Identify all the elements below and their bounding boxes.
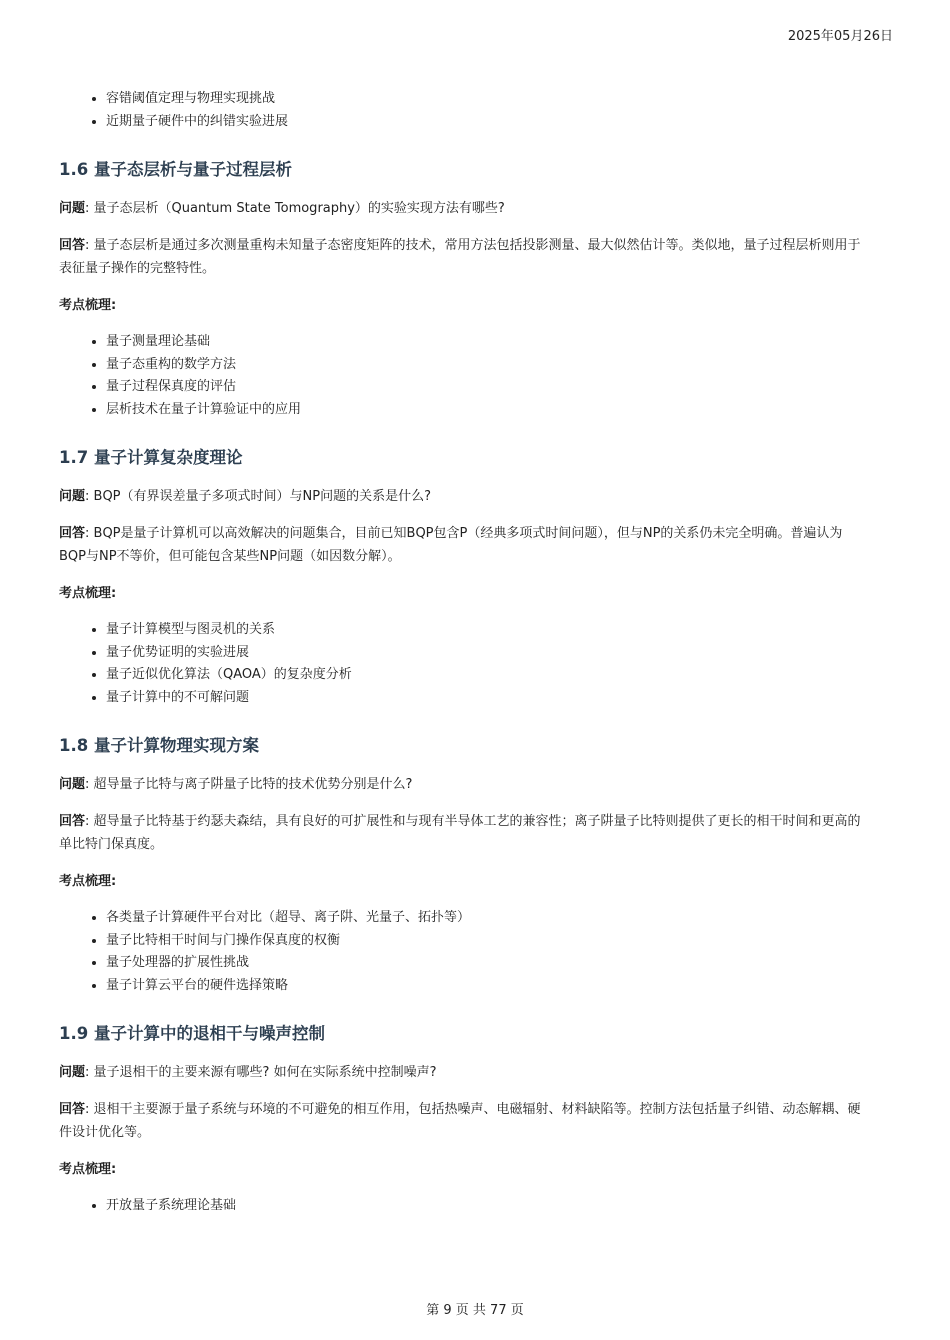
key-points-label: 考点梳理:	[59, 582, 869, 605]
key-points-list: 开放量子系统理论基础	[59, 1195, 869, 1218]
answer-text: BQP是量子计算机可以高效解决的问题集合，目前已知BQP包含P（经典多项式时间问…	[59, 526, 842, 564]
continued-key-points-list: 容错阈值定理与物理实现挑战 近期量子硬件中的纠错实验进展	[59, 88, 869, 133]
question-text: 量子态层析（Quantum State Tomography）的实验实现方法有哪…	[94, 201, 505, 216]
list-item: 近期量子硬件中的纠错实验进展	[106, 111, 869, 134]
answer-paragraph: 回答: 超导量子比特基于约瑟夫森结，具有良好的可扩展性和与现有半导体工艺的兼容性…	[59, 810, 869, 856]
answer-text: 退相干主要源于量子系统与环境的不可避免的相互作用，包括热噪声、电磁辐射、材料缺陷…	[59, 1102, 861, 1140]
question-paragraph: 问题: 量子退相干的主要来源有哪些? 如何在实际系统中控制噪声?	[59, 1061, 869, 1084]
section-1-9: 1.9 量子计算中的退相干与噪声控制 问题: 量子退相干的主要来源有哪些? 如何…	[59, 1023, 869, 1218]
section-heading: 1.6 量子态层析与量子过程层析	[59, 159, 869, 181]
section-heading: 1.8 量子计算物理实现方案	[59, 735, 869, 757]
list-item: 量子过程保真度的评估	[106, 376, 869, 399]
answer-label: 回答	[59, 526, 85, 541]
list-item: 各类量子计算硬件平台对比（超导、离子阱、光量子、拓扑等）	[106, 907, 869, 930]
question-text: BQP（有界误差量子多项式时间）与NP问题的关系是什么?	[94, 489, 431, 504]
list-item: 量子计算云平台的硬件选择策略	[106, 975, 869, 998]
key-points-label: 考点梳理:	[59, 1158, 869, 1181]
answer-text: 量子态层析是通过多次测量重构未知量子态密度矩阵的技术，常用方法包括投影测量、最大…	[59, 238, 861, 276]
answer-label: 回答	[59, 238, 85, 253]
question-text: 量子退相干的主要来源有哪些? 如何在实际系统中控制噪声?	[94, 1065, 437, 1080]
key-points-list: 量子测量理论基础 量子态重构的数学方法 量子过程保真度的评估 层析技术在量子计算…	[59, 331, 869, 421]
key-points-list: 量子计算模型与图灵机的关系 量子优势证明的实验进展 量子近似优化算法（QAOA）…	[59, 619, 869, 709]
question-text: 超导量子比特与离子阱量子比特的技术优势分别是什么?	[94, 777, 413, 792]
answer-text: 超导量子比特基于约瑟夫森结，具有良好的可扩展性和与现有半导体工艺的兼容性；离子阱…	[59, 814, 861, 852]
question-label: 问题	[59, 1065, 85, 1080]
section-1-8: 1.8 量子计算物理实现方案 问题: 超导量子比特与离子阱量子比特的技术优势分别…	[59, 735, 869, 997]
answer-paragraph: 回答: BQP是量子计算机可以高效解决的问题集合，目前已知BQP包含P（经典多项…	[59, 522, 869, 568]
list-item: 量子计算中的不可解问题	[106, 687, 869, 710]
answer-paragraph: 回答: 退相干主要源于量子系统与环境的不可避免的相互作用，包括热噪声、电磁辐射、…	[59, 1098, 869, 1144]
answer-label: 回答	[59, 814, 85, 829]
document-date: 2025年05月26日	[788, 25, 893, 44]
question-paragraph: 问题: 超导量子比特与离子阱量子比特的技术优势分别是什么?	[59, 773, 869, 796]
list-item: 量子态重构的数学方法	[106, 354, 869, 377]
question-paragraph: 问题: 量子态层析（Quantum State Tomography）的实验实现…	[59, 197, 869, 220]
key-points-label: 考点梳理:	[59, 870, 869, 893]
question-label: 问题	[59, 201, 85, 216]
key-points-label: 考点梳理:	[59, 294, 869, 317]
section-heading: 1.7 量子计算复杂度理论	[59, 447, 869, 469]
list-item: 量子优势证明的实验进展	[106, 642, 869, 665]
page-indicator: 第 9 页 共 77 页	[0, 1299, 950, 1318]
list-item: 层析技术在量子计算验证中的应用	[106, 399, 869, 422]
list-item: 量子处理器的扩展性挑战	[106, 952, 869, 975]
list-item: 量子计算模型与图灵机的关系	[106, 619, 869, 642]
list-item: 开放量子系统理论基础	[106, 1195, 869, 1218]
question-label: 问题	[59, 489, 85, 504]
question-paragraph: 问题: BQP（有界误差量子多项式时间）与NP问题的关系是什么?	[59, 485, 869, 508]
list-item: 容错阈值定理与物理实现挑战	[106, 88, 869, 111]
key-points-list: 各类量子计算硬件平台对比（超导、离子阱、光量子、拓扑等） 量子比特相干时间与门操…	[59, 907, 869, 997]
section-1-6: 1.6 量子态层析与量子过程层析 问题: 量子态层析（Quantum State…	[59, 159, 869, 421]
list-item: 量子近似优化算法（QAOA）的复杂度分析	[106, 664, 869, 687]
question-label: 问题	[59, 777, 85, 792]
list-item: 量子测量理论基础	[106, 331, 869, 354]
answer-label: 回答	[59, 1102, 85, 1117]
list-item: 量子比特相干时间与门操作保真度的权衡	[106, 930, 869, 953]
document-body: 容错阈值定理与物理实现挑战 近期量子硬件中的纠错实验进展 1.6 量子态层析与量…	[59, 88, 869, 1218]
section-heading: 1.9 量子计算中的退相干与噪声控制	[59, 1023, 869, 1045]
section-1-7: 1.7 量子计算复杂度理论 问题: BQP（有界误差量子多项式时间）与NP问题的…	[59, 447, 869, 709]
answer-paragraph: 回答: 量子态层析是通过多次测量重构未知量子态密度矩阵的技术，常用方法包括投影测…	[59, 234, 869, 280]
